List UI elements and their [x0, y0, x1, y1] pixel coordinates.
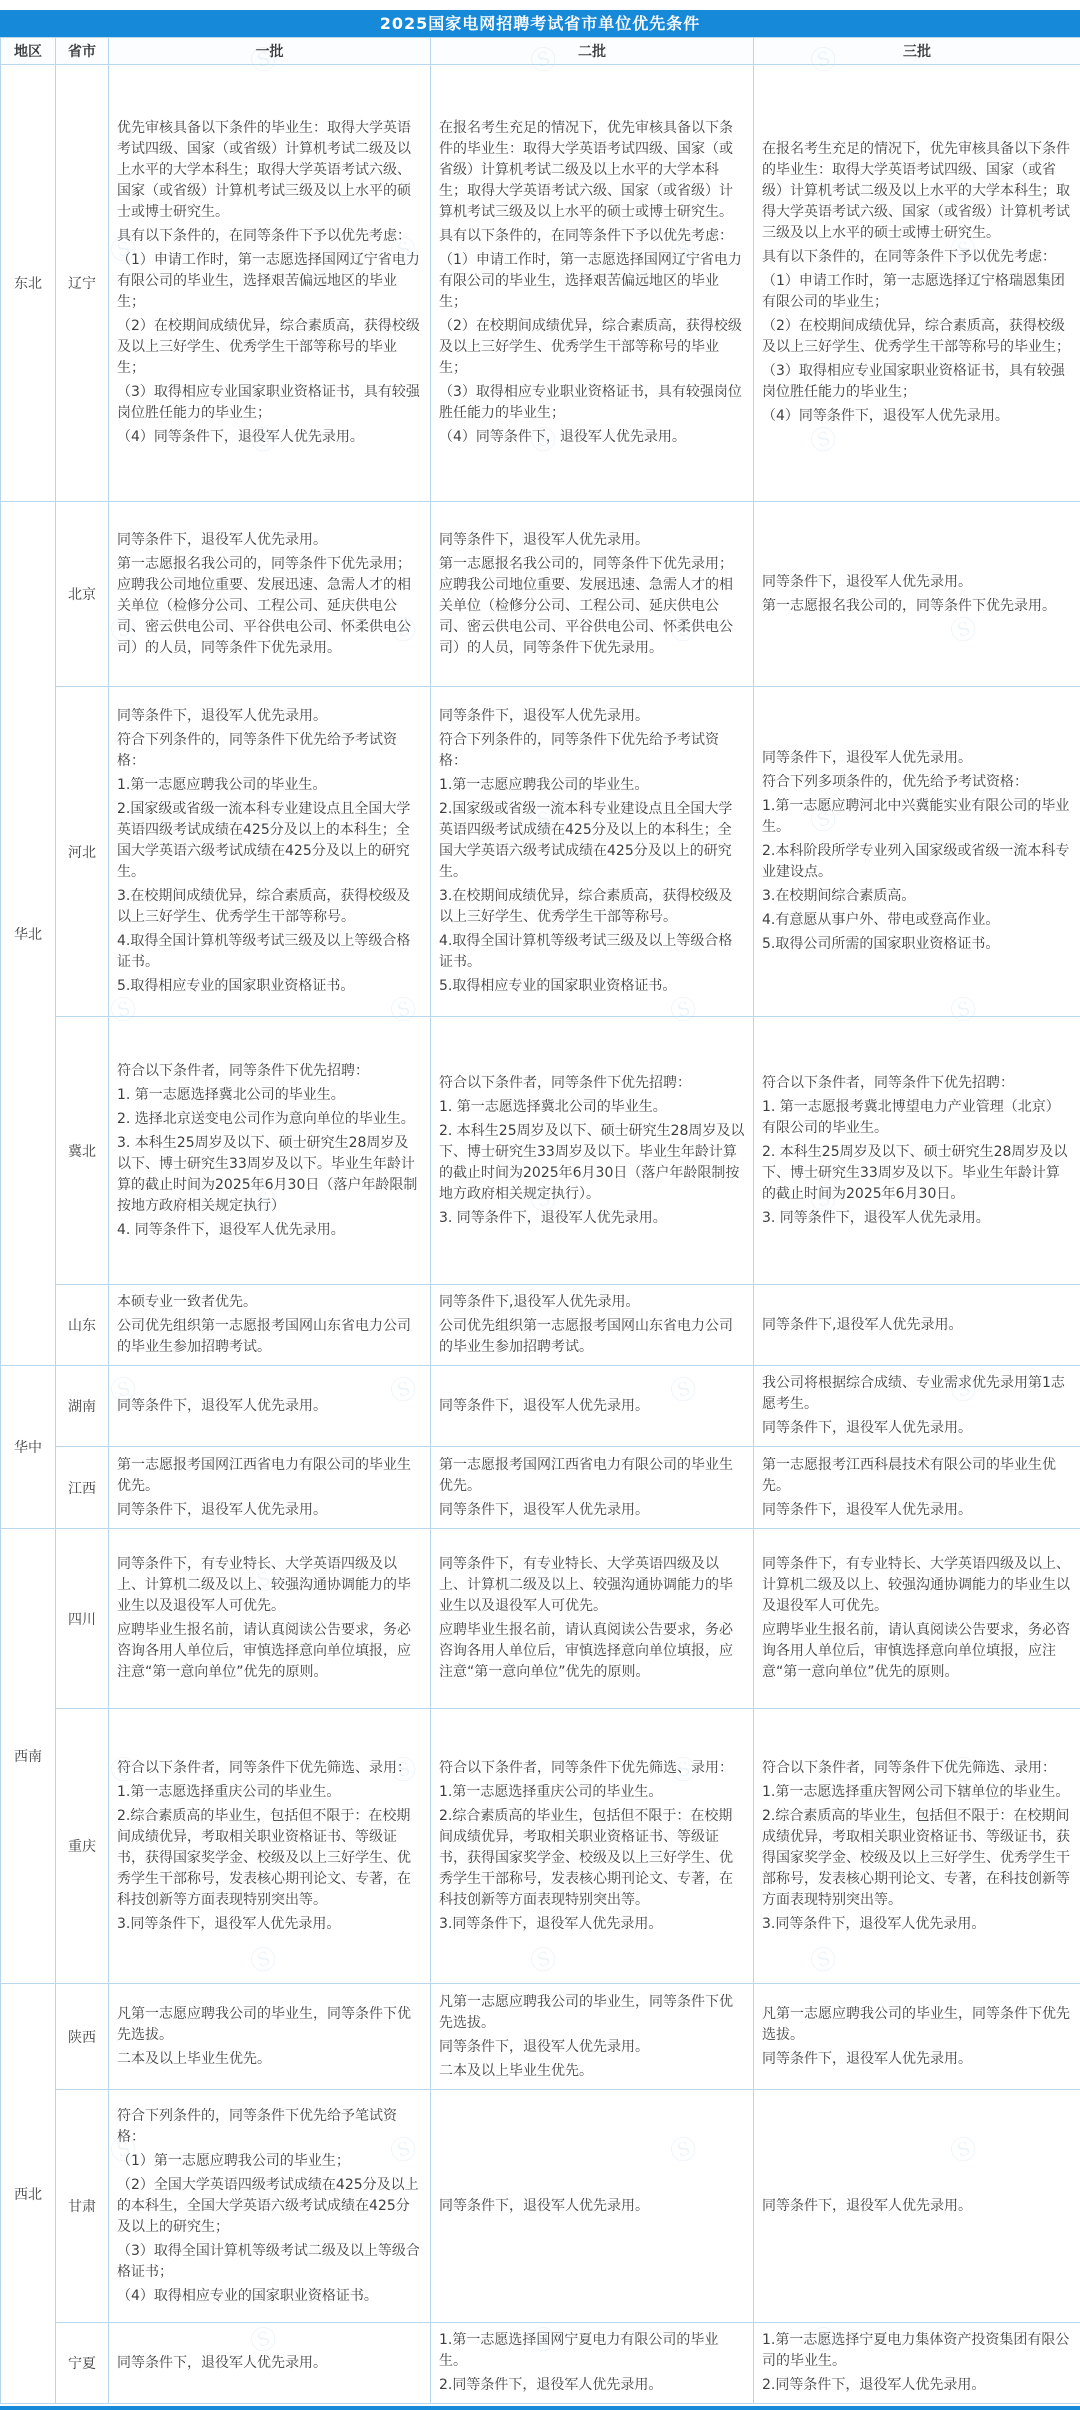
batch2-cell: 同等条件下，有专业特长、大学英语四级及以上、计算机二级及以上、较强沟通协调能力的… [431, 1529, 754, 1709]
bottom-accent-bar [0, 2406, 1080, 2410]
cell-paragraph: （2）在校期间成绩优异，综合素质高，获得校级及以上三好学生、优秀学生干部等称号的… [762, 316, 1072, 358]
province-cell: 辽宁 [56, 65, 109, 502]
batch3-cell: 同等条件下，退役军人优先录用。 [754, 2090, 1080, 2323]
batch2-cell: 同等条件下，退役军人优先录用。第一志愿报名我公司的，同等条件下优先录用；应聘我公… [431, 502, 754, 687]
province-cell: 河北 [56, 687, 109, 1017]
province-cell: 甘肃 [56, 2090, 109, 2323]
cell-paragraph: 具有以下条件的，在同等条件下予以优先考虑： [762, 247, 1072, 268]
cell-paragraph: 5.取得公司所需的国家职业资格证书。 [762, 934, 1072, 955]
batch3-cell: 符合以下条件者，同等条件下优先筛选、录用：1.第一志愿选择重庆智网公司下辖单位的… [754, 1709, 1080, 1984]
cell-paragraph: 同等条件下，退役军人优先录用。 [117, 1500, 422, 1521]
cell-paragraph: 2.国家级或省级一流本科专业建设点且全国大学英语四级考试成绩在425分及以上的本… [439, 799, 745, 883]
cell-paragraph: 1.第一志愿选择宁夏电力集体资产投资集团有限公司的毕业生。 [762, 2330, 1072, 2372]
cell-paragraph: 2. 本科生25周岁及以下、硕士研究生28周岁及以下、博士研究生33周岁及以下。… [439, 1121, 745, 1205]
cell-paragraph: 同等条件下，退役军人优先录用。 [762, 572, 1072, 593]
cell-paragraph: 3.同等条件下，退役军人优先录用。 [439, 1914, 745, 1935]
batch2-cell: 同等条件下,退役军人优先录用。公司优先组织第一志愿报考国网山东省电力公司的毕业生… [431, 1285, 754, 1366]
batch3-cell: 同等条件下，退役军人优先录用。第一志愿报名我公司的，同等条件下优先录用。 [754, 502, 1080, 687]
cell-paragraph: 应聘毕业生报名前，请认真阅读公告要求，务必咨询各用人单位后，审慎选择意向单位填报… [439, 1620, 745, 1683]
header-province: 省市 [56, 38, 109, 65]
cell-paragraph: 3.在校期间成绩优异，综合素质高，获得校级及以上三好学生、优秀学生干部等称号。 [439, 886, 745, 928]
cell-paragraph: 1. 第一志愿选择冀北公司的毕业生。 [117, 1085, 422, 1106]
batch3-cell: 符合以下条件者，同等条件下优先招聘：1. 第一志愿报考冀北博望电力产业管理（北京… [754, 1017, 1080, 1285]
province-cell: 江西 [56, 1447, 109, 1529]
cell-paragraph: 应聘毕业生报名前，请认真阅读公告要求，务必咨询各用人单位后，审慎选择意向单位填报… [117, 1620, 422, 1683]
province-cell: 陕西 [56, 1984, 109, 2090]
cell-paragraph: 同等条件下，退役军人优先录用。 [439, 2196, 745, 2217]
cell-paragraph: 同等条件下，退役军人优先录用。 [762, 2049, 1072, 2070]
table-row: 山东本硕专业一致者优先。公司优先组织第一志愿报考国网山东省电力公司的毕业生参加招… [1, 1285, 1080, 1366]
province-cell: 重庆 [56, 1709, 109, 1984]
cell-paragraph: 同等条件下，有专业特长、大学英语四级及以上、计算机二级及以上、较强沟通协调能力的… [762, 1554, 1072, 1617]
batch1-cell: 同等条件下，退役军人优先录用。 [109, 1366, 431, 1447]
batch1-cell: 同等条件下，退役军人优先录用。第一志愿报名我公司的，同等条件下优先录用；应聘我公… [109, 502, 431, 687]
cell-paragraph: 符合以下条件者，同等条件下优先筛选、录用： [762, 1758, 1072, 1779]
header-row: 地区 省市 一批 二批 三批 [1, 38, 1080, 65]
page: ⓈⓈⓈⓈⓈⓈⓈⓈⓈⓈⓈⓈⓈⓈⓈⓈⓈⓈⓈⓈⓈⓈⓈⓈⓈⓈⓈⓈⓈⓈⓈⓈⓈⓈⓈⓈⓈⓈⓈⓈ… [0, 0, 1080, 2410]
cell-paragraph: 符合下列条件的，同等条件下优先给予笔试资格： [117, 2106, 422, 2148]
cell-paragraph: 同等条件下，退役军人优先录用。 [439, 2037, 745, 2058]
cell-paragraph: 3.同等条件下，退役军人优先录用。 [762, 1914, 1072, 1935]
cell-paragraph: （3）取得全国计算机等级考试二级及以上等级合格证书； [117, 2241, 422, 2283]
cell-paragraph: 符合以下条件者，同等条件下优先筛选、录用： [439, 1758, 745, 1779]
cell-paragraph: 第一志愿报名我公司的，同等条件下优先录用。 [762, 596, 1072, 617]
cell-paragraph: 符合以下条件者，同等条件下优先招聘： [117, 1061, 422, 1082]
cell-paragraph: 同等条件下，退役军人优先录用。 [439, 706, 745, 727]
batch2-cell: 第一志愿报考国网江西省电力有限公司的毕业生优先。同等条件下，退役军人优先录用。 [431, 1447, 754, 1529]
header-batch1: 一批 [109, 38, 431, 65]
cell-paragraph: 优先审核具备以下条件的毕业生：取得大学英语考试四级、国家（或省级）计算机考试二级… [117, 118, 422, 223]
table-row: 西北陕西凡第一志愿应聘我公司的毕业生，同等条件下优先选拔。二本及以上毕业生优先。… [1, 1984, 1080, 2090]
cell-paragraph: 具有以下条件的，在同等条件下予以优先考虑： [439, 226, 745, 247]
cell-paragraph: 3. 本科生25周岁及以下、硕士研究生28周岁及以下、博士研究生33周岁及以下。… [117, 1133, 422, 1217]
cell-paragraph: 符合下列条件的，同等条件下优先给予考试资格： [117, 730, 422, 772]
cell-paragraph: 3. 同等条件下，退役军人优先录用。 [439, 1208, 745, 1229]
cell-paragraph: 2.综合素质高的毕业生，包括但不限于：在校期间成绩优异，考取相关职业资格证书、等… [117, 1806, 422, 1911]
cell-paragraph: 凡第一志愿应聘我公司的毕业生，同等条件下优先选拔。 [117, 2004, 422, 2046]
batch1-cell: 符合下列条件的，同等条件下优先给予笔试资格：（1）第一志愿应聘我公司的毕业生；（… [109, 2090, 431, 2323]
cell-paragraph: （3）取得相应专业国家职业资格证书，具有较强岗位胜任能力的毕业生； [117, 382, 422, 424]
cell-paragraph: 4. 同等条件下，退役军人优先录用。 [117, 1220, 422, 1241]
cell-paragraph: 同等条件下,退役军人优先录用。 [439, 1292, 745, 1313]
cell-paragraph: 公司优先组织第一志愿报考国网山东省电力公司的毕业生参加招聘考试。 [439, 1316, 745, 1358]
cell-paragraph: 同等条件下，退役军人优先录用。 [117, 706, 422, 727]
province-cell: 山东 [56, 1285, 109, 1366]
region-cell: 西南 [1, 1529, 56, 1984]
batch2-cell: 符合以下条件者，同等条件下优先招聘：1. 第一志愿选择冀北公司的毕业生。2. 本… [431, 1017, 754, 1285]
cell-paragraph: （2）在校期间成绩优异，综合素质高，获得校级及以上三好学生、优秀学生干部等称号的… [439, 316, 745, 379]
region-cell: 东北 [1, 65, 56, 502]
cell-paragraph: 同等条件下，退役军人优先录用。 [117, 530, 422, 551]
batch1-cell: 凡第一志愿应聘我公司的毕业生，同等条件下优先选拔。二本及以上毕业生优先。 [109, 1984, 431, 2090]
batch1-cell: 同等条件下，退役军人优先录用。 [109, 2323, 431, 2404]
cell-paragraph: 具有以下条件的，在同等条件下予以优先考虑： [117, 226, 422, 247]
cell-paragraph: 3.在校期间综合素质高。 [762, 886, 1072, 907]
province-cell: 湖南 [56, 1366, 109, 1447]
cell-paragraph: 同等条件下，有专业特长、大学英语四级及以上、计算机二级及以上、较强沟通协调能力的… [439, 1554, 745, 1617]
cell-paragraph: （4）同等条件下，退役军人优先录用。 [117, 427, 422, 448]
cell-paragraph: 同等条件下，退役军人优先录用。 [117, 1396, 422, 1417]
table-row: 甘肃符合下列条件的，同等条件下优先给予笔试资格：（1）第一志愿应聘我公司的毕业生… [1, 2090, 1080, 2323]
batch3-cell: 我公司将根据综合成绩、专业需求优先录用第1志愿考生。同等条件下，退役军人优先录用… [754, 1366, 1080, 1447]
table-row: 华北北京同等条件下，退役军人优先录用。第一志愿报名我公司的，同等条件下优先录用；… [1, 502, 1080, 687]
cell-paragraph: 第一志愿报名我公司的，同等条件下优先录用；应聘我公司地位重要、发展迅速、急需人才… [117, 554, 422, 659]
cell-paragraph: 本硕专业一致者优先。 [117, 1292, 422, 1313]
table-row: 冀北符合以下条件者，同等条件下优先招聘：1. 第一志愿选择冀北公司的毕业生。2.… [1, 1017, 1080, 1285]
cell-paragraph: 1.第一志愿应聘河北中兴冀能实业有限公司的毕业生。 [762, 796, 1072, 838]
cell-paragraph: （2）全国大学英语四级考试成绩在425分及以上的本科生，全国大学英语六级考试成绩… [117, 2175, 422, 2238]
province-cell: 四川 [56, 1529, 109, 1709]
cell-paragraph: （1）申请工作时，第一志愿选择国网辽宁省电力有限公司的毕业生，选择艰苦偏远地区的… [439, 250, 745, 313]
batch3-cell: 同等条件下，退役军人优先录用。符合下列多项条件的，优先给予考试资格：1.第一志愿… [754, 687, 1080, 1017]
page-title: 2025国家电网招聘考试省市单位优先条件 [0, 10, 1080, 37]
batch1-cell: 本硕专业一致者优先。公司优先组织第一志愿报考国网山东省电力公司的毕业生参加招聘考… [109, 1285, 431, 1366]
cell-paragraph: （1）第一志愿应聘我公司的毕业生； [117, 2151, 422, 2172]
cell-paragraph: 同等条件下，退役军人优先录用。 [762, 1500, 1072, 1521]
batch3-cell: 凡第一志愿应聘我公司的毕业生，同等条件下优先选拔。同等条件下，退役军人优先录用。 [754, 1984, 1080, 2090]
cell-paragraph: 我公司将根据综合成绩、专业需求优先录用第1志愿考生。 [762, 1373, 1072, 1415]
batch3-cell: 在报名考生充足的情况下，优先审核具备以下条件的毕业生：取得大学英语考试四级、国家… [754, 65, 1080, 502]
cell-paragraph: 1.第一志愿应聘我公司的毕业生。 [117, 775, 422, 796]
cell-paragraph: 符合以下条件者，同等条件下优先招聘： [439, 1073, 745, 1094]
cell-paragraph: 1.第一志愿选择国网宁夏电力有限公司的毕业生。 [439, 2330, 745, 2372]
batch1-cell: 第一志愿报考国网江西省电力有限公司的毕业生优先。同等条件下，退役军人优先录用。 [109, 1447, 431, 1529]
cell-paragraph: 1. 第一志愿报考冀北博望电力产业管理（北京）有限公司的毕业生。 [762, 1097, 1072, 1139]
header-batch2: 二批 [431, 38, 754, 65]
cell-paragraph: （3）取得相应专业国家职业资格证书，具有较强岗位胜任能力的毕业生； [762, 361, 1072, 403]
cell-paragraph: 1.第一志愿应聘我公司的毕业生。 [439, 775, 745, 796]
batch2-cell: 符合以下条件者，同等条件下优先筛选、录用：1.第一志愿选择重庆公司的毕业生。2.… [431, 1709, 754, 1984]
cell-paragraph: 二本及以上毕业生优先。 [117, 2049, 422, 2070]
cell-paragraph: （1）申请工作时，第一志愿选择辽宁格瑞恩集团有限公司的毕业生； [762, 271, 1072, 313]
cell-paragraph: 符合以下条件者，同等条件下优先招聘： [762, 1073, 1072, 1094]
cell-paragraph: 2. 选择北京送变电公司作为意向单位的毕业生。 [117, 1109, 422, 1130]
cell-paragraph: 符合以下条件者，同等条件下优先筛选、录用： [117, 1758, 422, 1779]
cell-paragraph: 第一志愿报考国网江西省电力有限公司的毕业生优先。 [439, 1455, 745, 1497]
cell-paragraph: 二本及以上毕业生优先。 [439, 2061, 745, 2082]
cell-paragraph: 3. 同等条件下，退役军人优先录用。 [762, 1208, 1072, 1229]
batch2-cell: 同等条件下，退役军人优先录用。符合下列条件的，同等条件下优先给予考试资格：1.第… [431, 687, 754, 1017]
batch3-cell: 1.第一志愿选择宁夏电力集体资产投资集团有限公司的毕业生。2.同等条件下，退役军… [754, 2323, 1080, 2404]
table-row: 宁夏同等条件下，退役军人优先录用。1.第一志愿选择国网宁夏电力有限公司的毕业生。… [1, 2323, 1080, 2404]
batch3-cell: 同等条件下，有专业特长、大学英语四级及以上、计算机二级及以上、较强沟通协调能力的… [754, 1529, 1080, 1709]
cell-paragraph: 1.第一志愿选择重庆公司的毕业生。 [439, 1782, 745, 1803]
cell-paragraph: 5.取得相应专业的国家职业资格证书。 [439, 976, 745, 997]
batch3-cell: 同等条件下,退役军人优先录用。 [754, 1285, 1080, 1366]
cell-paragraph: 1.第一志愿选择重庆公司的毕业生。 [117, 1782, 422, 1803]
table-row: 重庆符合以下条件者，同等条件下优先筛选、录用：1.第一志愿选择重庆公司的毕业生。… [1, 1709, 1080, 1984]
batch2-cell: 同等条件下，退役军人优先录用。 [431, 2090, 754, 2323]
batch1-cell: 同等条件下，有专业特长、大学英语四级及以上、计算机二级及以上、较强沟通协调能力的… [109, 1529, 431, 1709]
cell-paragraph: 2. 本科生25周岁及以下、硕士研究生28周岁及以下、博士研究生33周岁及以下。… [762, 1142, 1072, 1205]
province-cell: 宁夏 [56, 2323, 109, 2404]
region-cell: 华北 [1, 502, 56, 1366]
cell-paragraph: （1）申请工作时，第一志愿选择国网辽宁省电力有限公司的毕业生，选择艰苦偏远地区的… [117, 250, 422, 313]
batch1-cell: 同等条件下，退役军人优先录用。符合下列条件的，同等条件下优先给予考试资格：1.第… [109, 687, 431, 1017]
batch3-cell: 第一志愿报考江西科晨技术有限公司的毕业生优先。同等条件下，退役军人优先录用。 [754, 1447, 1080, 1529]
province-cell: 冀北 [56, 1017, 109, 1285]
cell-paragraph: （4）同等条件下，退役军人优先录用。 [762, 406, 1072, 427]
cell-paragraph: 同等条件下，有专业特长、大学英语四级及以上、计算机二级及以上、较强沟通协调能力的… [117, 1554, 422, 1617]
cell-paragraph: 同等条件下,退役军人优先录用。 [762, 1315, 1072, 1336]
cell-paragraph: 2.同等条件下，退役军人优先录用。 [439, 2375, 745, 2396]
cell-paragraph: 同等条件下，退役军人优先录用。 [117, 2353, 422, 2374]
cell-paragraph: 符合下列条件的，同等条件下优先给予考试资格： [439, 730, 745, 772]
cell-paragraph: 同等条件下，退役军人优先录用。 [762, 2196, 1072, 2217]
cell-paragraph: 2.本科阶段所学专业列入国家级或省级一流本科专业建设点。 [762, 841, 1072, 883]
cell-paragraph: （3）取得相应专业职业资格证书，具有较强岗位胜任能力的毕业生； [439, 382, 745, 424]
batch2-cell: 1.第一志愿选择国网宁夏电力有限公司的毕业生。2.同等条件下，退役军人优先录用。 [431, 2323, 754, 2404]
batch1-cell: 符合以下条件者，同等条件下优先筛选、录用：1.第一志愿选择重庆公司的毕业生。2.… [109, 1709, 431, 1984]
cell-paragraph: 2.综合素质高的毕业生，包括但不限于：在校期间成绩优异，考取相关职业资格证书、等… [439, 1806, 745, 1911]
cell-paragraph: 凡第一志愿应聘我公司的毕业生，同等条件下优先选拔。 [439, 1992, 745, 2034]
cell-paragraph: 同等条件下，退役军人优先录用。 [762, 748, 1072, 769]
cell-paragraph: 同等条件下，退役军人优先录用。 [439, 1396, 745, 1417]
cell-paragraph: 应聘毕业生报名前，请认真阅读公告要求，务必咨询各用人单位后，审慎选择意向单位填报… [762, 1620, 1072, 1683]
cell-paragraph: 4.取得全国计算机等级考试三级及以上等级合格证书。 [439, 931, 745, 973]
cell-paragraph: 4.取得全国计算机等级考试三级及以上等级合格证书。 [117, 931, 422, 973]
cell-paragraph: 符合下列多项条件的，优先给予考试资格： [762, 772, 1072, 793]
priority-conditions-table: 地区 省市 一批 二批 三批 东北辽宁优先审核具备以下条件的毕业生：取得大学英语… [0, 37, 1080, 2404]
province-cell: 北京 [56, 502, 109, 687]
cell-paragraph: 同等条件下，退役军人优先录用。 [439, 530, 745, 551]
cell-paragraph: 1.第一志愿选择重庆智网公司下辖单位的毕业生。 [762, 1782, 1072, 1803]
batch2-cell: 同等条件下，退役军人优先录用。 [431, 1366, 754, 1447]
cell-paragraph: 2.国家级或省级一流本科专业建设点且全国大学英语四级考试成绩在425分及以上的本… [117, 799, 422, 883]
cell-paragraph: 4.有意愿从事户外、带电或登高作业。 [762, 910, 1072, 931]
cell-paragraph: 1. 第一志愿选择冀北公司的毕业生。 [439, 1097, 745, 1118]
cell-paragraph: 在报名考生充足的情况下，优先审核具备以下条件的毕业生：取得大学英语考试四级、国家… [439, 118, 745, 223]
cell-paragraph: 在报名考生充足的情况下，优先审核具备以下条件的毕业生：取得大学英语考试四级、国家… [762, 139, 1072, 244]
cell-paragraph: 同等条件下，退役军人优先录用。 [439, 1500, 745, 1521]
cell-paragraph: 3.在校期间成绩优异，综合素质高，获得校级及以上三好学生、优秀学生干部等称号。 [117, 886, 422, 928]
cell-paragraph: 凡第一志愿应聘我公司的毕业生，同等条件下优先选拔。 [762, 2004, 1072, 2046]
batch2-cell: 凡第一志愿应聘我公司的毕业生，同等条件下优先选拔。同等条件下，退役军人优先录用。… [431, 1984, 754, 2090]
cell-paragraph: 第一志愿报名我公司的，同等条件下优先录用；应聘我公司地位重要、发展迅速、急需人才… [439, 554, 745, 659]
table-row: 江西第一志愿报考国网江西省电力有限公司的毕业生优先。同等条件下，退役军人优先录用… [1, 1447, 1080, 1529]
table-row: 东北辽宁优先审核具备以下条件的毕业生：取得大学英语考试四级、国家（或省级）计算机… [1, 65, 1080, 502]
table-row: 西南四川同等条件下，有专业特长、大学英语四级及以上、计算机二级及以上、较强沟通协… [1, 1529, 1080, 1709]
header-region: 地区 [1, 38, 56, 65]
region-cell: 华中 [1, 1366, 56, 1529]
region-cell: 西北 [1, 1984, 56, 2404]
cell-paragraph: （2）在校期间成绩优异，综合素质高，获得校级及以上三好学生、优秀学生干部等称号的… [117, 316, 422, 379]
cell-paragraph: 3.同等条件下，退役军人优先录用。 [117, 1914, 422, 1935]
table-row: 河北同等条件下，退役军人优先录用。符合下列条件的，同等条件下优先给予考试资格：1… [1, 687, 1080, 1017]
cell-paragraph: 同等条件下，退役军人优先录用。 [762, 1418, 1072, 1439]
header-batch3: 三批 [754, 38, 1080, 65]
cell-paragraph: 第一志愿报考江西科晨技术有限公司的毕业生优先。 [762, 1455, 1072, 1497]
batch1-cell: 优先审核具备以下条件的毕业生：取得大学英语考试四级、国家（或省级）计算机考试二级… [109, 65, 431, 502]
cell-paragraph: 第一志愿报考国网江西省电力有限公司的毕业生优先。 [117, 1455, 422, 1497]
cell-paragraph: 2.综合素质高的毕业生，包括但不限于：在校期间成绩优异，考取相关职业资格证书、等… [762, 1806, 1072, 1911]
cell-paragraph: 5.取得相应专业的国家职业资格证书。 [117, 976, 422, 997]
batch1-cell: 符合以下条件者，同等条件下优先招聘：1. 第一志愿选择冀北公司的毕业生。2. 选… [109, 1017, 431, 1285]
cell-paragraph: （4）同等条件下，退役军人优先录用。 [439, 427, 745, 448]
cell-paragraph: 2.同等条件下，退役军人优先录用。 [762, 2375, 1072, 2396]
cell-paragraph: （4）取得相应专业的国家职业资格证书。 [117, 2286, 422, 2307]
table-row: 华中湖南同等条件下，退役军人优先录用。同等条件下，退役军人优先录用。我公司将根据… [1, 1366, 1080, 1447]
cell-paragraph: 公司优先组织第一志愿报考国网山东省电力公司的毕业生参加招聘考试。 [117, 1316, 422, 1358]
batch2-cell: 在报名考生充足的情况下，优先审核具备以下条件的毕业生：取得大学英语考试四级、国家… [431, 65, 754, 502]
